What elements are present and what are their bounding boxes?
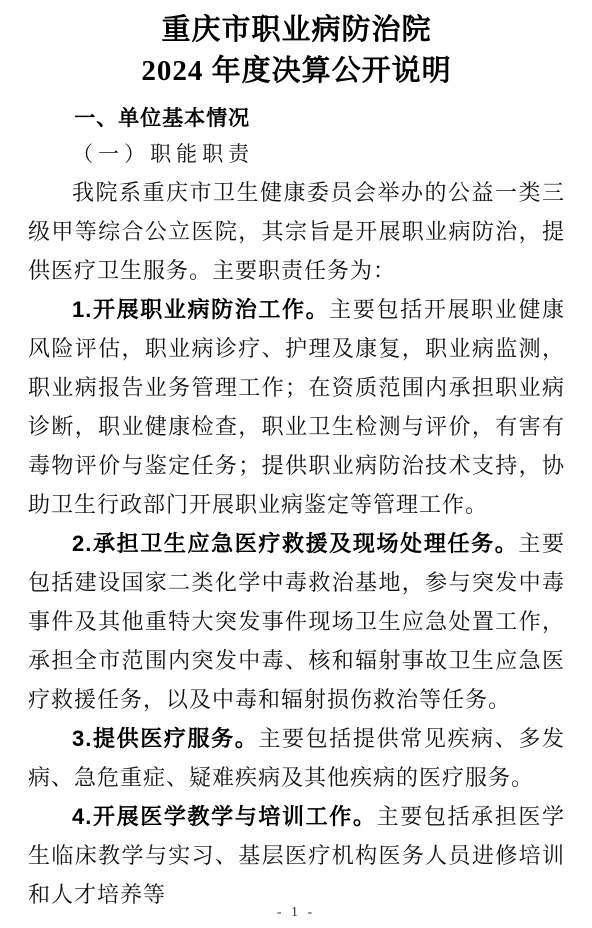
paragraph-duty-4-lead: 4.开展医学教学与培训工作。 (72, 804, 377, 829)
document-page: 重庆市职业病防治院 2024 年度决算公开说明 一、单位基本情况 （一）职能职责… (0, 0, 592, 928)
paragraph-duty-1: 1.开展职业病防治工作。主要包括开展职业健康风险评估，职业病诊疗、护理及康复，职… (28, 290, 565, 524)
paragraph-duty-2-text: 主要包括建设国家二类化学中毒救治基地，参与突发中毒事件及其他重特大突发事件现场卫… (28, 531, 565, 712)
paragraph-duty-3: 3.提供医疗服务。主要包括提供常见疾病、多发病、急危重症、疑难疾病及其他疾病的医… (28, 719, 565, 797)
paragraph-duty-2-lead: 2.承担卫生应急医疗救援及现场处理任务。 (72, 531, 518, 556)
paragraph-duty-1-lead: 1.开展职业病防治工作。 (72, 297, 329, 322)
page-number: - 1 - (0, 905, 592, 921)
paragraph-intro: 我院系重庆市卫生健康委员会举办的公益一类三级甲等综合公立医院，其宗旨是开展职业病… (28, 173, 565, 290)
paragraph-duty-2: 2.承担卫生应急医疗救援及现场处理任务。主要包括建设国家二类化学中毒救治基地，参… (28, 524, 565, 719)
paragraph-duty-3-lead: 3.提供医疗服务。 (72, 726, 258, 751)
paragraph-duty-1-text: 主要包括开展职业健康风险评估，职业病诊疗、护理及康复，职业病监测，职业病报告业务… (28, 297, 565, 517)
document-title-line2: 2024 年度决算公开说明 (28, 51, 565, 92)
paragraph-duty-4: 4.开展医学教学与培训工作。主要包括承担医学生临床教学与实习、基层医疗机构医务人… (28, 797, 565, 914)
section-heading-basic-info: 一、单位基本情况 (28, 102, 565, 136)
document-title-line1: 重庆市职业病防治院 (28, 10, 565, 51)
document-title: 重庆市职业病防治院 2024 年度决算公开说明 (28, 10, 565, 92)
subsection-heading-duties: （一）职能职责 (28, 136, 565, 173)
paragraph-intro-text: 我院系重庆市卫生健康委员会举办的公益一类三级甲等综合公立医院，其宗旨是开展职业病… (28, 180, 565, 283)
